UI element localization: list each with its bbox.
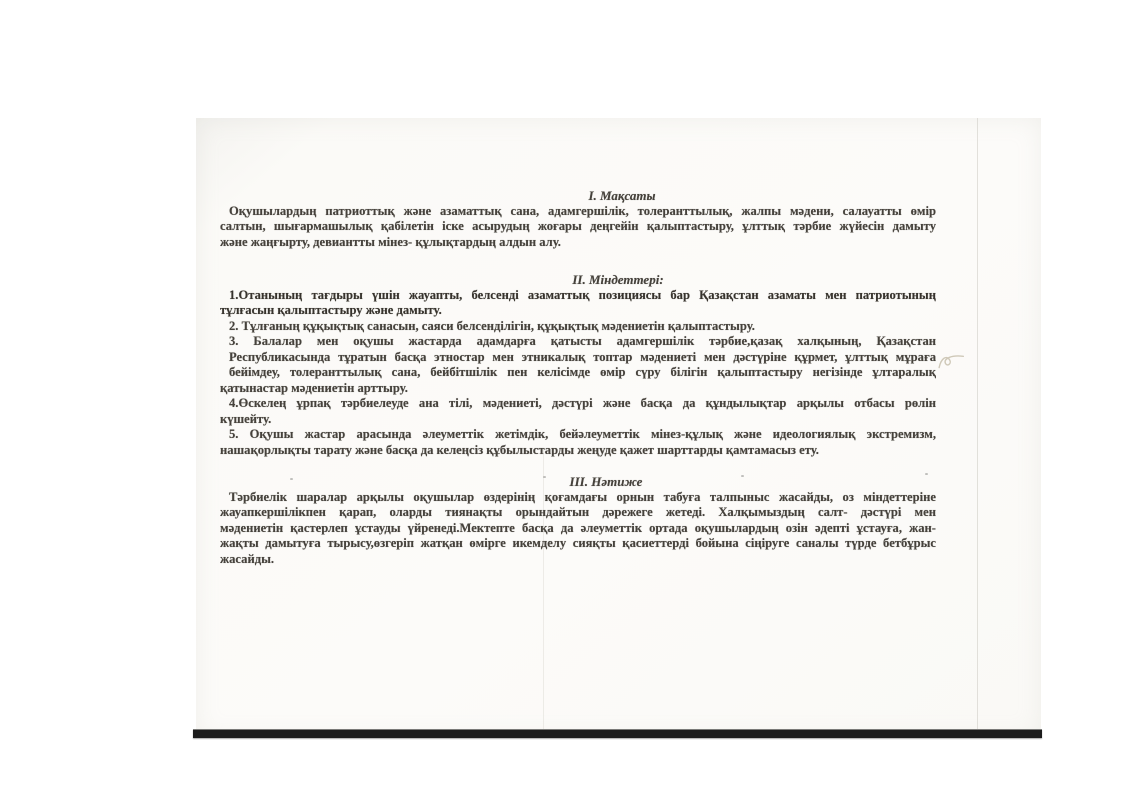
text-line: жақты дамытуға тырысу,өзгеріп жатқан өмі… [220,536,936,552]
document-text: I. Мақсаты Оқушылардың патриоттық және а… [220,188,936,567]
text-line: бейімдеу, толеранттылық сана, бейбітшілі… [220,365,936,381]
dust-speck [543,476,546,478]
scan-edge-bar [193,729,1042,738]
text-line: жауапкершілікпен қарап, оларды тиянақты … [220,505,936,521]
dust-speck [290,478,293,480]
text-line: Республикасында тұратын басқа этностар м… [220,350,936,366]
pencil-scribble [934,349,967,373]
text-line: 5. Оқушы жастар арасында әлеуметтік жеті… [220,427,936,443]
text-line: салтын, шығармашылық қабілетін іске асыр… [220,219,936,235]
text-line: 1.Отанының тағдыры үшін жауапты, белсенд… [220,288,936,304]
text-line: тұлғасын қалыптастыру және дамыту. [220,303,936,319]
section-2-heading: II. Міндеттері: [260,272,976,288]
text-line: 2. Тұлғаның құқықтық санасын, саяси белс… [220,319,936,335]
text-line: қатынастар мәдениетін арттыру. [220,381,936,397]
text-line: 3. Балалар мен оқушы жастарда адамдарға … [220,334,936,350]
text-line: 4.Өскелең ұрпақ тәрбиелеуде ана тілі, мә… [220,396,936,412]
section-3-heading: III. Нәтиже [248,474,964,490]
text-line: мәдениетін қастерлеп ұстауды үйренеді.Ме… [220,521,936,537]
scan-background: I. Мақсаты Оқушылардың патриоттық және а… [0,0,1123,794]
text-line: және жаңғырту, девиантты мінез- құлықтар… [220,235,936,251]
text-line: Тәрбиелік шаралар арқылы оқушылар өздері… [220,490,936,506]
text-line: күшейту. [220,412,936,428]
text-line: жасайды. [220,552,936,568]
section-1-heading: I. Мақсаты [264,188,980,204]
text-line: нашақорлықты тарату және басқа да келеңс… [220,443,936,459]
dust-speck [741,475,744,477]
dust-speck [925,473,928,475]
text-line: Оқушылардың патриоттық және азаматтық са… [220,204,936,220]
fold-crease [977,118,978,738]
document-page: I. Мақсаты Оқушылардың патриоттық және а… [196,118,1041,738]
